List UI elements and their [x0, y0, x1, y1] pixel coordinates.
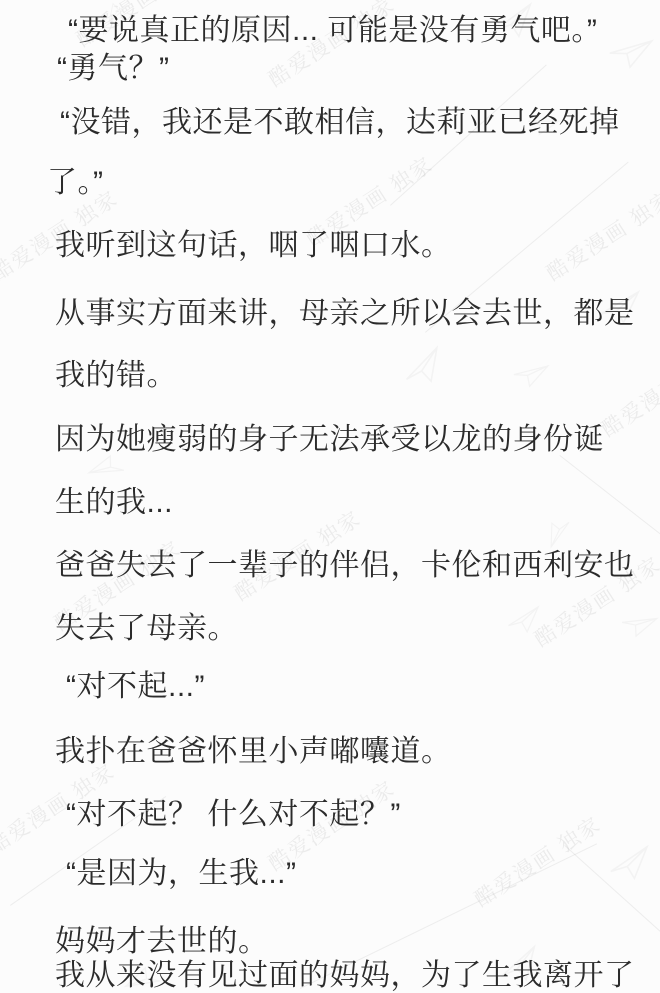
text-line: “对不起...”: [66, 670, 205, 704]
paper-plane-icon: [539, 513, 578, 549]
text-line: 我从来没有见过面的妈妈，为了生我离开了: [55, 959, 635, 993]
watermark-text: 酷爱漫画 独家: [540, 183, 660, 288]
text-line: 失去了母亲。: [55, 612, 238, 646]
paper-plane-icon: [617, 607, 659, 644]
contrail-line: [564, 845, 660, 973]
text-line: 从事实方面来讲，母亲之所以会去世，都是: [55, 297, 635, 331]
text-line: 我的错。: [55, 359, 177, 393]
paper-plane-icon: [510, 359, 549, 392]
text-line: 了。”: [47, 166, 104, 200]
paper-plane-icon: [505, 605, 544, 637]
text-line: 生的我...: [55, 486, 173, 520]
paper-plane-icon: [605, 844, 654, 885]
text-line: “是因为，生我...”: [66, 857, 297, 891]
novel-text-page: 酷爱漫画 独家 酷爱漫画 独家 酷爱漫画 独家 酷爱漫画 独家 酷爱漫画 独家 …: [0, 0, 660, 993]
text-line: “对不起？ 什么对不起？”: [66, 798, 401, 832]
text-line: “没错，我还是不敢相信，达莉亚已经死掉: [60, 106, 620, 140]
watermark-text: 酷爱漫画 独家: [595, 339, 660, 444]
text-line: “勇气？”: [57, 52, 169, 86]
text-line: “要说真正的原因... 可能是没有勇气吧。”: [68, 14, 597, 48]
text-line: 我听到这句话，咽了咽口水。: [55, 229, 452, 263]
text-line: 妈妈才去世的。: [55, 925, 269, 959]
watermark-text: 酷爱漫画 独家: [468, 809, 607, 914]
text-line: 因为她瘦弱的身子无法承受以龙的身份诞: [55, 423, 604, 457]
text-line: 我扑在爸爸怀里小声嘟囔道。: [55, 735, 452, 769]
text-line: 爸爸失去了一辈子的伴侣，卡伦和西利安也: [55, 549, 635, 583]
paper-plane-icon: [397, 345, 451, 393]
paper-plane-icon: [606, 33, 654, 73]
